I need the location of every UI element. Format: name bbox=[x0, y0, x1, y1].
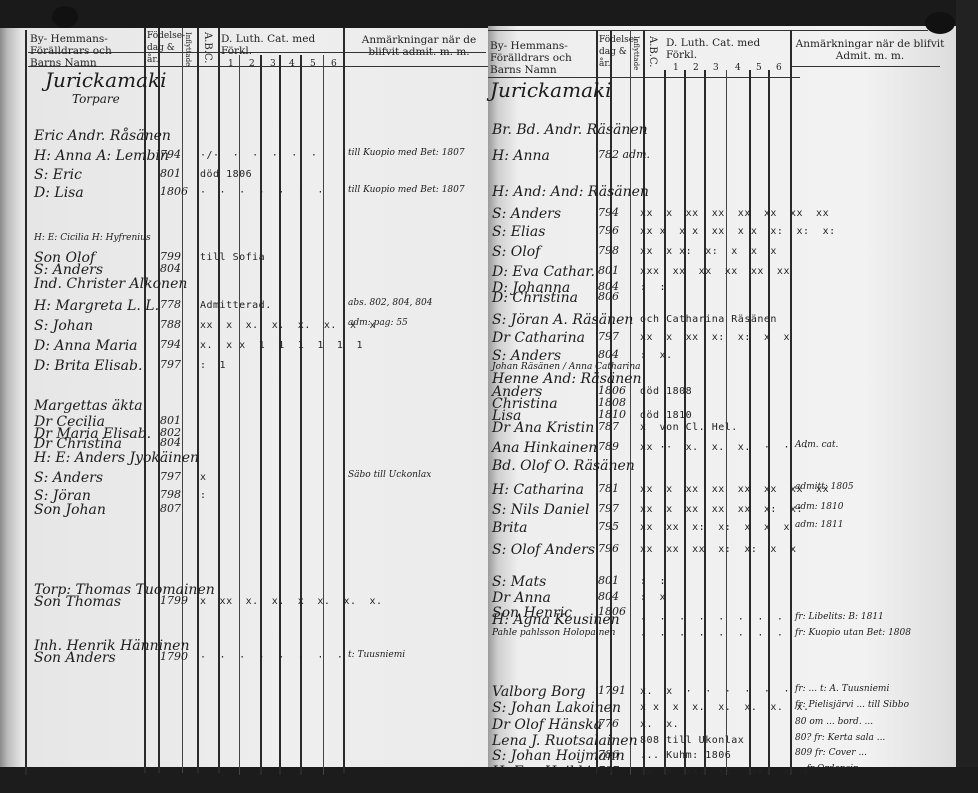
entry-catechism-marks: ... Kuhm: 1806 bbox=[640, 750, 731, 761]
entry-name: H: Catharina bbox=[492, 482, 584, 498]
entry-birth-year: 794 bbox=[160, 338, 181, 351]
entry-birth-year: 797 bbox=[598, 502, 619, 515]
entry-catechism-marks: · · · · · · · · bbox=[640, 630, 783, 641]
entry-name: S: Johan bbox=[34, 318, 93, 334]
entry-name: Ind. Christer Alkonen bbox=[34, 276, 187, 292]
entry-birth-year: 1806 bbox=[160, 185, 188, 198]
entry-catechism-marks: xx x x: x: x x x bbox=[640, 246, 777, 257]
entry-remark: adm: 1811 bbox=[795, 520, 843, 530]
entry-name: S: Anders bbox=[492, 206, 561, 222]
entry-name: D: Eva Cathar. bbox=[492, 264, 595, 280]
entry-remark: fr: Kuopio utan Bet: 1808 bbox=[795, 628, 911, 638]
right-header-inflyttade: Inflyttade bbox=[632, 36, 640, 76]
entry-catechism-marks: xx x xx xx xx xx xx xx bbox=[640, 208, 829, 219]
entry-name: Lena J. Ruotsalainen bbox=[492, 733, 638, 749]
entry-catechism-marks: : : bbox=[640, 282, 666, 293]
entry-remark: admitt: 1805 bbox=[795, 482, 854, 492]
entry-birth-year: 794 bbox=[160, 148, 181, 161]
entry-catechism-marks: x. x. bbox=[640, 719, 679, 730]
entry-catechism-marks: xx xx x: x: x x x bbox=[640, 522, 790, 533]
entry-name: D: Brita Elisab. bbox=[34, 358, 142, 374]
entry-name: H: Anna A: Lembin bbox=[34, 148, 169, 164]
entry-birth-year: 804 bbox=[598, 590, 619, 603]
entry-catechism-marks: xx x xx x: x: x x bbox=[640, 332, 790, 343]
entry-name: H: Margreta L. L. bbox=[34, 298, 159, 314]
entry-birth-year: 804 bbox=[160, 262, 181, 275]
entry-catechism-marks: xx x x x xx x x x: x: x: bbox=[640, 226, 836, 237]
right-header-remarks: Anmärkningar när de blifvit Admit. m. m. bbox=[795, 38, 945, 62]
entry-catechism-marks: : x bbox=[640, 592, 666, 603]
entry-catechism-marks: och Catharina Räsänen bbox=[640, 314, 777, 325]
entry-catechism-marks: xxx xx xx xx xx xx bbox=[640, 266, 790, 277]
entry-birth-year: 807 bbox=[160, 502, 181, 515]
entry-catechism-marks: Admitterad. bbox=[200, 300, 272, 311]
entry-remark: fr: Pielisjärvi ... till Sibbo bbox=[795, 700, 909, 710]
entry-name: Dr Catharina bbox=[492, 330, 585, 346]
entry-name: Eric Andr. Råsänen bbox=[34, 128, 171, 144]
left-subtitle: Torpare bbox=[72, 92, 120, 106]
entry-birth-year: 801 bbox=[160, 167, 181, 180]
entry-birth-year: 776 bbox=[598, 717, 619, 730]
entry-catechism-marks: · · · · · · · · bbox=[640, 614, 783, 625]
entry-birth-year: 801 bbox=[598, 264, 619, 277]
entry-name: D: Anna Maria bbox=[34, 338, 138, 354]
entry-catechism-marks: : bbox=[200, 490, 207, 501]
entry-birth-year: 1790 bbox=[160, 650, 188, 663]
book-edge-shadow bbox=[956, 0, 978, 793]
entry-name: Margettas äkta bbox=[34, 398, 143, 414]
entry-catechism-marks: : 1 bbox=[200, 360, 226, 371]
entry-name: D: Lisa bbox=[34, 185, 84, 201]
entry-catechism-marks: död 1810 bbox=[640, 410, 692, 421]
entry-birth-year: 795 bbox=[598, 520, 619, 533]
entry-birth-year: 804 bbox=[160, 436, 181, 449]
entry-birth-year: 794 bbox=[598, 206, 619, 219]
entry-name: S: Olof Anders bbox=[492, 542, 595, 558]
entry-catechism-marks: x. x x 1 1 1 1 1 1 bbox=[200, 340, 363, 351]
entry-birth-year: 796 bbox=[598, 542, 619, 555]
entry-birth-year: 1791 bbox=[598, 684, 626, 697]
entry-birth-year: 786 bbox=[598, 748, 619, 761]
entry-remark: ... fr Ordensin bbox=[795, 764, 859, 774]
right-header-name: By- Hemmans- Förälldrars och Barns Namn bbox=[490, 40, 598, 76]
ink-blot bbox=[52, 6, 78, 28]
entry-name: Dr Anna bbox=[492, 590, 551, 606]
entry-name: H: Eva Heikkin bbox=[492, 764, 600, 780]
left-header-inflyttade: Inflyttade bbox=[184, 32, 192, 72]
entry-name: S: Jöran A. Räsänen bbox=[492, 312, 633, 328]
entry-birth-year: 781 bbox=[598, 482, 619, 495]
entry-remark: till Kuopio med Bet: 1807 bbox=[348, 185, 465, 195]
right-farm-title: Jurickamaki bbox=[490, 78, 612, 102]
entry-catechism-marks: 808 till Ukonlax bbox=[640, 735, 744, 746]
entry-name: Brita bbox=[492, 520, 527, 536]
entry-name: S: Anders bbox=[34, 470, 103, 486]
entry-birth-year: 804 bbox=[598, 348, 619, 361]
ink-blot bbox=[925, 12, 955, 34]
entry-name: Son Anders bbox=[34, 650, 116, 666]
entry-name: Dr Olof Hänska bbox=[492, 717, 602, 733]
entry-birth-year: 1799 bbox=[160, 594, 188, 607]
entry-catechism-marks: x x x x. x. x. x. x. bbox=[640, 702, 810, 713]
left-header-catechism: D. Luth. Cat. med Förkl. bbox=[221, 33, 346, 57]
right-header-birth: Födelse-dag & år. bbox=[599, 34, 629, 70]
entry-birth-year: 787 bbox=[598, 764, 619, 777]
entry-remark: 809 fr: Cover ... bbox=[795, 748, 867, 758]
entry-birth-year: 789 bbox=[598, 440, 619, 453]
left-farm-title: Jurickamaki bbox=[45, 68, 167, 92]
entry-catechism-marks: xx xx xx x: x: x x bbox=[640, 544, 797, 555]
entry-name: Dr Ana Kristin bbox=[492, 420, 594, 436]
left-header-remarks: Anmärkningar när de blifvit admit. m. m. bbox=[350, 34, 488, 58]
entry-catechism-marks: : : bbox=[640, 576, 666, 587]
entry-name: Bd. Olof O. Räsänen bbox=[492, 458, 635, 474]
entry-remark: 80? fr: Kerta sala ... bbox=[795, 733, 885, 743]
entry-birth-year: 778 bbox=[160, 298, 181, 311]
entry-name: D: Christina bbox=[492, 290, 578, 306]
entry-remark: t: Tuusniemi bbox=[348, 650, 405, 660]
entry-catechism-marks: · · · · · · · bbox=[200, 187, 324, 198]
entry-name: S: Eric bbox=[34, 167, 82, 183]
entry-name: H: E: Anders Jyokäinen bbox=[34, 450, 199, 466]
entry-catechism-marks: xx x xx. xx. xx. x x bbox=[640, 766, 810, 777]
entry-birth-year: 796 bbox=[598, 224, 619, 237]
entry-name: H: E: Cicilia H: Hyfrenius bbox=[34, 233, 151, 243]
entry-remark: fr: ... t: A. Tuusniemi bbox=[795, 684, 889, 694]
entry-birth-year: 797 bbox=[160, 470, 181, 483]
entry-catechism-marks: x von Cl. Hel. bbox=[640, 422, 738, 433]
entry-name: Son Johan bbox=[34, 502, 106, 518]
entry-name: H: Agna Keusinen bbox=[492, 612, 620, 628]
entry-name: Ana Hinkainen bbox=[492, 440, 597, 456]
entry-birth-year: 788 bbox=[160, 318, 181, 331]
entry-name: H: Anna bbox=[492, 148, 550, 164]
entry-name: Valborg Borg bbox=[492, 684, 586, 700]
entry-remark: adm: pag: 55 bbox=[348, 318, 408, 328]
entry-catechism-marks: xx ·· x. x. x. · · · bbox=[640, 442, 810, 453]
entry-name: Son Thomas bbox=[34, 594, 121, 610]
entry-birth-year: 801 bbox=[598, 574, 619, 587]
entry-name: S: Elias bbox=[492, 224, 545, 240]
entry-catechism-marks: död 1808 bbox=[640, 386, 692, 397]
entry-catechism-marks: : x. bbox=[640, 350, 673, 361]
entry-name: S: Johan Lakoinen bbox=[492, 700, 621, 716]
entry-catechism-marks: x. x · · · · · · bbox=[640, 686, 790, 697]
entry-catechism-marks: x xx x. x. x x. x. x. bbox=[200, 596, 383, 607]
entry-catechism-marks: död 1806 bbox=[200, 169, 252, 180]
entry-catechism-marks: xx x xx xx xx x: x: bbox=[640, 504, 803, 515]
entry-name: Br. Bd. Andr. Räsänen bbox=[492, 122, 648, 138]
entry-catechism-marks: x bbox=[200, 472, 207, 483]
entry-birth-year: 806 bbox=[598, 290, 619, 303]
entry-name: S: Olof bbox=[492, 244, 540, 260]
entry-name: S: Nils Daniel bbox=[492, 502, 589, 518]
left-header-name: By- Hemmans- Förälldrars och Barns Namn bbox=[30, 33, 145, 69]
right-header-abc: A.B.C. bbox=[647, 36, 658, 67]
entry-catechism-marks: · · · · · · · · bbox=[200, 652, 343, 663]
entry-birth-year: 797 bbox=[160, 358, 181, 371]
entry-birth-year: 782 adm. bbox=[598, 148, 650, 161]
entry-birth-year: 798 bbox=[160, 488, 181, 501]
entry-remark: abs. 802, 804, 804 bbox=[348, 298, 432, 308]
entry-birth-year: 798 bbox=[598, 244, 619, 257]
entry-remark: 80 om ... bord. ... bbox=[795, 717, 873, 727]
entry-birth-year: 787 bbox=[598, 420, 619, 433]
entry-birth-year: 797 bbox=[598, 330, 619, 343]
left-header-abc: A.B.C. bbox=[202, 32, 213, 63]
entry-remark: adm: 1810 bbox=[795, 502, 843, 512]
entry-name: S: Mats bbox=[492, 574, 546, 590]
entry-remark: Adm. cat. bbox=[795, 440, 838, 450]
entry-catechism-marks: till Sofia bbox=[200, 252, 265, 263]
entry-remark: fr: Libelits: B: 1811 bbox=[795, 612, 884, 622]
left-header-birth: Födelse-dag & år. bbox=[147, 30, 177, 66]
entry-remark: Säbo till Uckonlax bbox=[348, 470, 431, 480]
entry-name: Pahle pahlsson Holopainen bbox=[492, 628, 615, 638]
entry-remark: till Kuopio med Bet: 1807 bbox=[348, 148, 465, 158]
right-header-catechism: D. Luth. Cat. med Förkl. bbox=[666, 37, 792, 61]
entry-name: H: And: And: Räsänen bbox=[492, 184, 649, 200]
entry-catechism-marks: ·/· · · · · · bbox=[200, 150, 317, 161]
